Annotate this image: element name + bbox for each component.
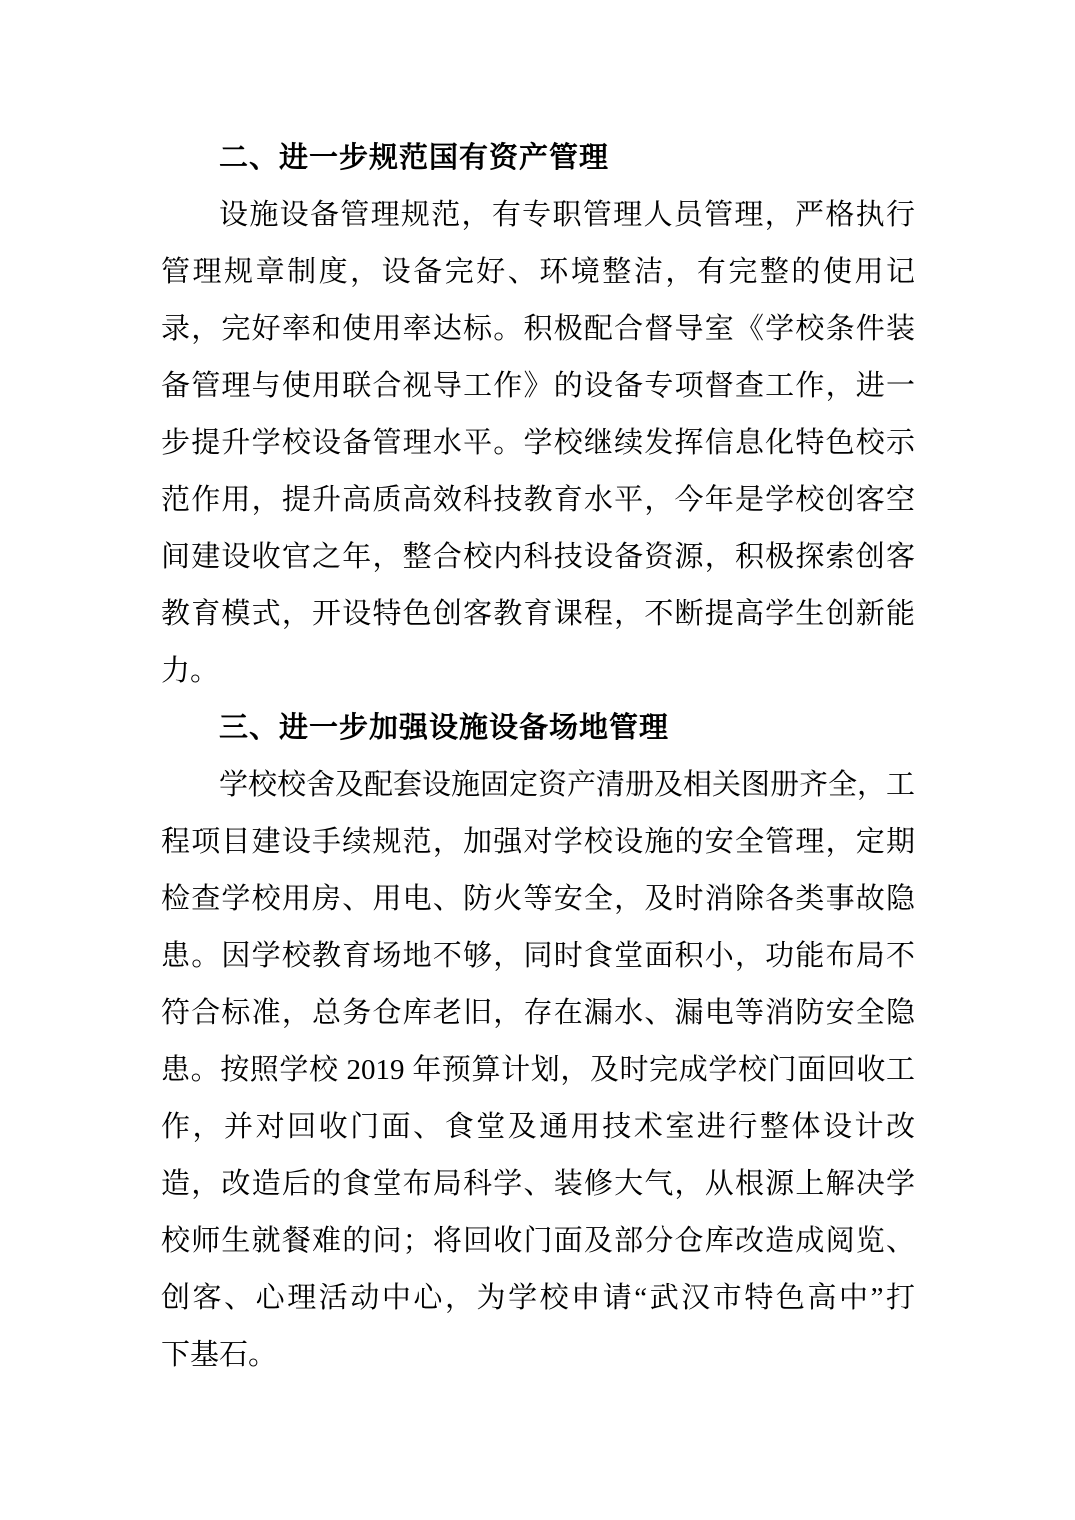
paragraph-line: 备管理与使用联合视导工作》的设备专项督查工作，进一: [161, 358, 915, 415]
paragraph-line: 程项目建设手续规范，加强对学校设施的安全管理，定期: [161, 814, 915, 871]
paragraph-line: 设施设备管理规范，有专职管理人员管理，严格执行: [161, 187, 915, 244]
paragraph-line: 管理规章制度，设备完好、环境整洁，有完整的使用记: [161, 244, 915, 301]
paragraph-line: 力。: [161, 643, 915, 700]
paragraph-line: 间建设收官之年，整合校内科技设备资源，积极探索创客: [161, 529, 915, 586]
paragraph-line: 检查学校用房、用电、防火等安全，及时消除各类事故隐: [161, 871, 915, 928]
paragraph-line: 教育模式，开设特色创客教育课程，不断提高学生创新能: [161, 586, 915, 643]
paragraph-line: 患。因学校教育场地不够，同时食堂面积小，功能布局不: [161, 928, 915, 985]
document-page: 二、进一步规范国有资产管理 设施设备管理规范，有专职管理人员管理，严格执行 管理…: [0, 0, 1075, 1520]
paragraph-line: 患。按照学校 2019 年预算计划，及时完成学校门面回收工: [161, 1042, 915, 1099]
paragraph-line: 下基石。: [161, 1327, 915, 1384]
paragraph-line: 校师生就餐难的问；将回收门面及部分仓库改造成阅览、: [161, 1213, 915, 1270]
paragraph-line: 学校校舍及配套设施固定资产清册及相关图册齐全，工: [161, 757, 915, 814]
paragraph-line: 作，并对回收门面、食堂及通用技术室进行整体设计改: [161, 1099, 915, 1156]
section-heading-3: 三、进一步加强设施设备场地管理: [161, 700, 915, 757]
paragraph-line: 符合标准，总务仓库老旧，存在漏水、漏电等消防安全隐: [161, 985, 915, 1042]
document-body: 二、进一步规范国有资产管理 设施设备管理规范，有专职管理人员管理，严格执行 管理…: [161, 130, 915, 1384]
paragraph-line: 范作用，提升高质高效科技教育水平，今年是学校创客空: [161, 472, 915, 529]
paragraph-line: 创客、心理活动中心，为学校申请“武汉市特色高中”打: [161, 1270, 915, 1327]
paragraph-line: 步提升学校设备管理水平。学校继续发挥信息化特色校示: [161, 415, 915, 472]
paragraph-line: 录，完好率和使用率达标。积极配合督导室《学校条件装: [161, 301, 915, 358]
paragraph-line: 造，改造后的食堂布局科学、装修大气，从根源上解决学: [161, 1156, 915, 1213]
section-heading-2: 二、进一步规范国有资产管理: [161, 130, 915, 187]
